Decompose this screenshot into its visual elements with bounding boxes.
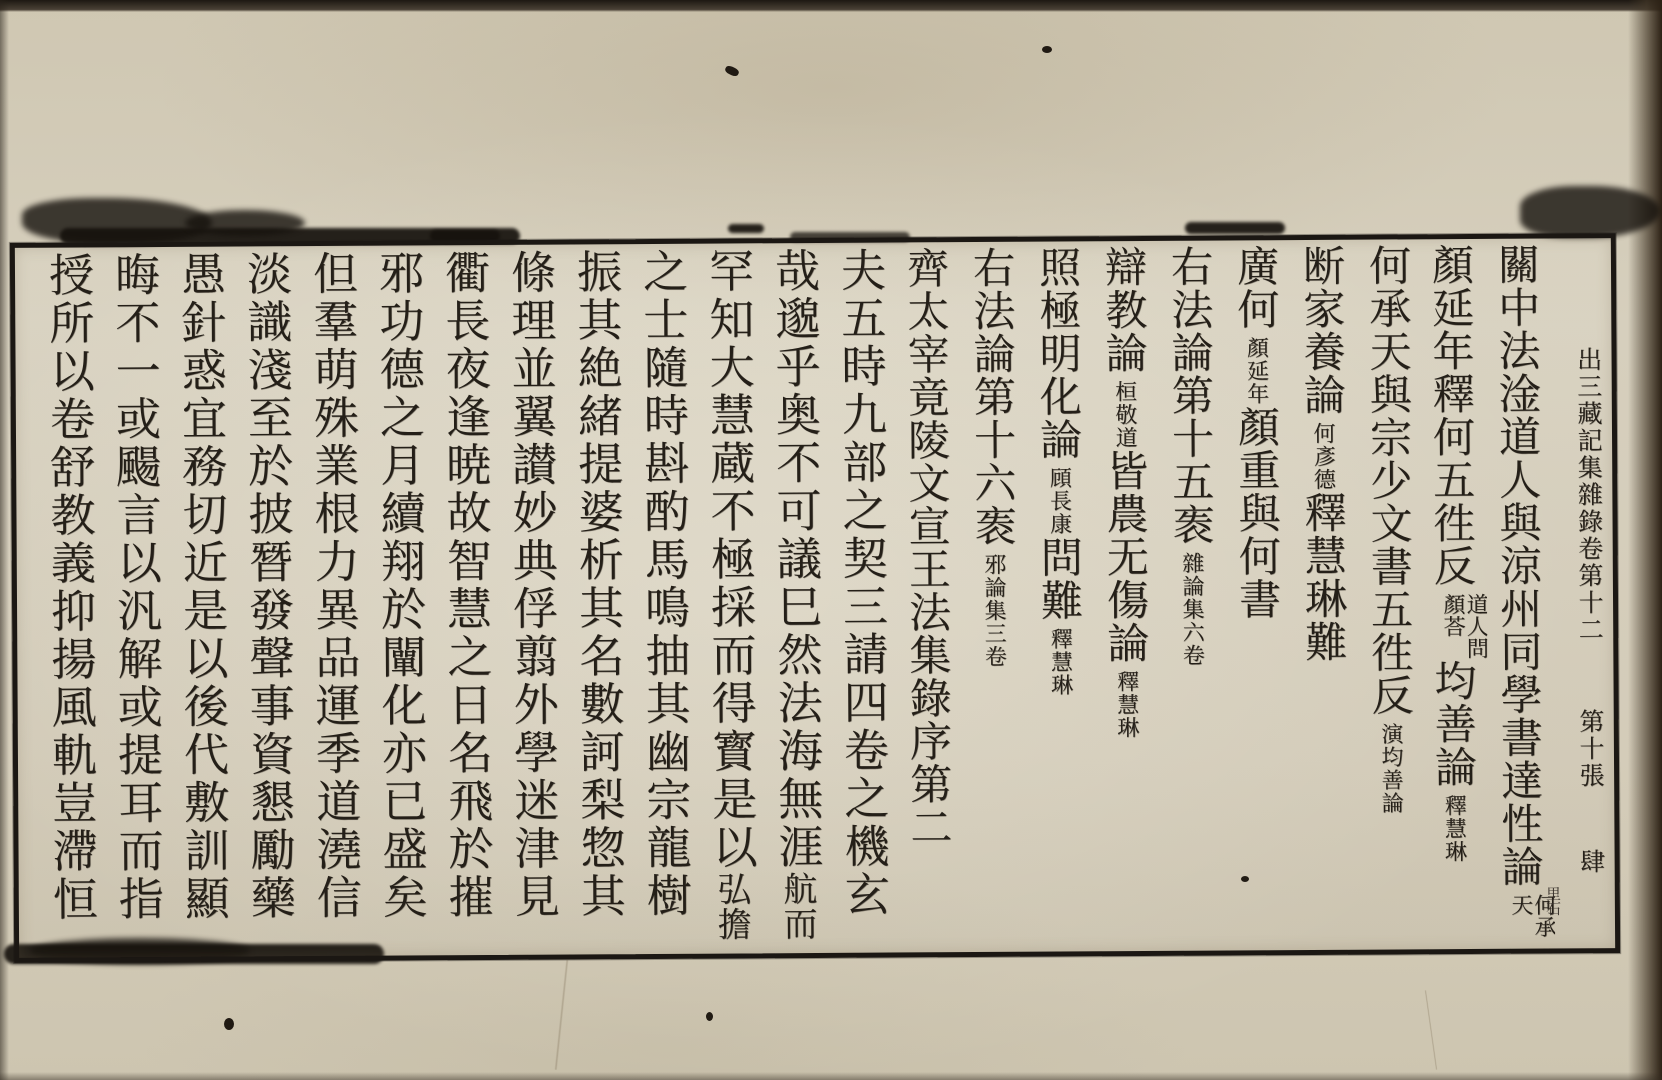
column-text: 淡識淺至於披朁發聲事資懇勵藥 bbox=[239, 250, 296, 922]
text-column: 振其絶緒提婆析其名數訶梨惣其 bbox=[561, 248, 631, 950]
column-text: 但羣萌殊業根力異品運季道澆信 bbox=[305, 250, 362, 922]
page-scan: 出三藏記集雜錄卷第十二 第十張 肆 關中法淦道人與涼州同學書達性論何承天顏延年釋… bbox=[0, 0, 1662, 1080]
interlinear-annotation: 顏延年 bbox=[1243, 336, 1268, 405]
annotation-line: 顏荅 bbox=[1441, 593, 1464, 659]
text-column: 罕知大慧蔵不極採而得寳是以弘擔 bbox=[693, 247, 763, 949]
ink-speck bbox=[724, 64, 740, 77]
ink-speck bbox=[224, 1018, 234, 1030]
column-text: 照極明化論 bbox=[1033, 245, 1083, 460]
text-column: 邪功德之月續翔於闡化亦已盛矣 bbox=[363, 249, 433, 951]
text-column: 照極明化論頋長康問難釋慧琳 bbox=[1023, 245, 1093, 947]
volume-header-column: 出三藏記集雜錄卷第十二 第十張 肆 bbox=[1551, 242, 1609, 944]
ink-speck bbox=[1042, 46, 1052, 53]
text-column: 顏延年釋何五徃反道人問顏荅均善論釋慧琳 bbox=[1419, 243, 1489, 945]
text-block: 出三藏記集雜錄卷第十二 第十張 肆 關中法淦道人與涼州同學書達性論何承天顏延年釋… bbox=[21, 242, 1609, 954]
column-text: 右法論第十六袠 bbox=[967, 246, 1018, 547]
column-text: 衢長夜逢暁故智慧之日名飛於摧 bbox=[437, 249, 494, 921]
text-column: 愚針惑宜務切近是以後代敷訓顯 bbox=[165, 251, 235, 953]
text-column: 淡識淺至於披朁發聲事資懇勵藥 bbox=[231, 250, 301, 952]
ink-speck bbox=[706, 1012, 713, 1021]
interlinear-annotation: 桓敬道 bbox=[1112, 380, 1137, 449]
column-text: 弘擔 bbox=[711, 871, 751, 941]
column-text: 釋慧琳難 bbox=[1298, 491, 1348, 663]
leaf-label: 第十張 bbox=[1576, 708, 1605, 789]
column-text: 均善論 bbox=[1428, 659, 1478, 788]
annotation-line: 道人問 bbox=[1464, 593, 1487, 659]
text-column: 断家養論何彥德釋慧琳難 bbox=[1287, 244, 1357, 946]
interlinear-annotation: 何彥德 bbox=[1310, 422, 1335, 491]
paper-crease bbox=[554, 960, 568, 1070]
column-text: 哉邈乎奥不可議巳然法海無涯 bbox=[767, 247, 824, 871]
ink-smudge bbox=[1185, 222, 1285, 234]
text-column: 授所以卷舒教義抑揚風軌豈滯恒 bbox=[33, 251, 103, 953]
text-column: 齊太宰竟陵文宣王法集錄序第二 bbox=[891, 246, 961, 948]
column-text: 右法論第十五袠 bbox=[1165, 245, 1216, 546]
text-column: 之士隨時斟酌馬鳴抽其幽宗龍樹 bbox=[627, 248, 697, 950]
text-column: 但羣萌殊業根力異品運季道澆信 bbox=[297, 250, 367, 952]
paper-left-edge bbox=[0, 0, 9, 1080]
paper-crease bbox=[1424, 990, 1437, 1069]
interlinear-annotation: 釋慧琳 bbox=[1047, 627, 1072, 696]
column-text: 航而 bbox=[777, 871, 817, 941]
ink-smudge bbox=[185, 210, 305, 236]
woodblock-frame: 出三藏記集雜錄卷第十二 第十張 肆 關中法淦道人與涼州同學書達性論何承天顏延年釋… bbox=[10, 233, 1620, 963]
column-text: 顏延年釋何五徃反 bbox=[1426, 243, 1477, 587]
text-column: 條理並翼讃妙典俘翦外學迷津見 bbox=[495, 249, 565, 951]
column-text: 之士隨時斟酌馬鳴抽其幽宗龍樹 bbox=[635, 248, 692, 920]
column-text: 夫五時九部之契三請四卷之機玄 bbox=[833, 247, 890, 919]
text-column: 哉邈乎奥不可議巳然法海無涯航而 bbox=[759, 247, 829, 949]
text-column: 右法論第十六袠邪論集三卷 bbox=[957, 246, 1027, 948]
ink-smudge bbox=[728, 224, 764, 233]
column-text: 辯教論 bbox=[1099, 245, 1149, 374]
carver-mark: 里石 bbox=[1543, 886, 1564, 916]
paper-top-edge bbox=[0, 0, 1662, 12]
column-text: 愚針惑宜務切近是以後代敷訓顯 bbox=[173, 251, 230, 923]
column-text: 皆農无傷論 bbox=[1100, 449, 1150, 664]
text-column: 晦不一或颺言以汎解或提耳而指 bbox=[99, 251, 169, 953]
volume-title: 出三藏記集雜錄卷第十二 bbox=[1573, 346, 1604, 643]
interlinear-annotation: 釋慧琳 bbox=[1113, 670, 1138, 739]
column-text: 廣何 bbox=[1231, 244, 1281, 330]
text-column: 夫五時九部之契三請四卷之機玄 bbox=[825, 247, 895, 949]
column-text: 條理並翼讃妙典俘翦外學迷津見 bbox=[503, 249, 560, 921]
annotation-line: 天 bbox=[1509, 894, 1532, 938]
column-text: 何承天與宗少文書五徃反 bbox=[1363, 243, 1415, 716]
interlinear-annotation: 頋長康 bbox=[1046, 466, 1071, 535]
text-column: 右法論第十五袠雜論集六卷 bbox=[1155, 245, 1225, 947]
text-column: 何承天與宗少文書五徃反演均善論 bbox=[1353, 243, 1423, 945]
column-text: 授所以卷舒教義抑揚風軌豈滯恒 bbox=[41, 251, 98, 923]
column-text: 邪功德之月續翔於闡化亦已盛矣 bbox=[371, 249, 428, 921]
interlinear-annotation: 釋慧琳 bbox=[1441, 794, 1466, 863]
interlinear-annotation: 邪論集三卷 bbox=[981, 553, 1007, 668]
column-text: 顏重與何書 bbox=[1232, 405, 1282, 620]
text-column: 廣何顏延年顏重與何書 bbox=[1221, 244, 1291, 946]
paper-bottom-edge bbox=[0, 1072, 1662, 1080]
column-text: 振其絶緒提婆析其名數訶梨惣其 bbox=[569, 248, 626, 920]
column-text: 關中法淦道人與涼州同學書達性論 bbox=[1492, 243, 1545, 888]
column-text: 晦不一或颺言以汎解或提耳而指 bbox=[107, 251, 164, 923]
column-text: 問難 bbox=[1035, 535, 1085, 621]
column-text: 齊太宰竟陵文宣王法集錄序第二 bbox=[901, 246, 954, 848]
text-column: 關中法淦道人與涼州同學書達性論何承天 bbox=[1485, 242, 1555, 944]
leaf-number: 肆 bbox=[1577, 848, 1606, 875]
text-column: 辯教論桓敬道皆農无傷論釋慧琳 bbox=[1089, 245, 1159, 947]
book-gutter-shadow bbox=[1628, 0, 1662, 1080]
column-text: 罕知大慧蔵不極採而得寳是以 bbox=[701, 247, 758, 871]
text-column: 衢長夜逢暁故智慧之日名飛於摧 bbox=[429, 249, 499, 951]
interlinear-annotation: 演均善論 bbox=[1378, 722, 1404, 814]
interlinear-annotation: 雜論集六卷 bbox=[1179, 552, 1205, 667]
interlinear-annotation: 道人問顏荅 bbox=[1441, 593, 1488, 659]
column-text: 断家養論 bbox=[1297, 244, 1347, 416]
